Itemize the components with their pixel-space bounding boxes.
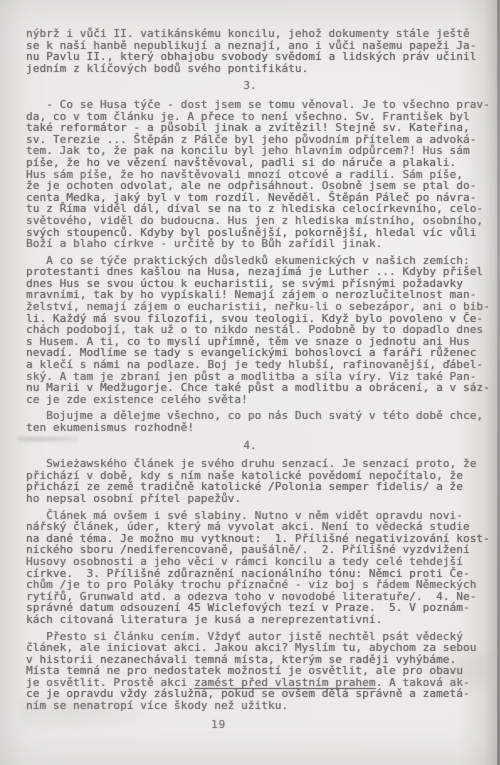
text-line: článek, ale iniciovat akci. Jakou akci? … xyxy=(26,642,494,654)
section-4-paragraph-2: Článek má ovšem i své slabiny. Nutno v n… xyxy=(26,510,494,626)
text-line: píše, že ho ve vězení navštěvoval, padli… xyxy=(26,157,494,169)
section-3-paragraph-3: Bojujme a dělejme všechno, co po nás Duc… xyxy=(26,410,494,433)
text-line: Boží a blaho církve - určitě by to Bůh z… xyxy=(26,238,494,250)
text-line: želství, nemají zájem o eucharistii, neř… xyxy=(26,301,494,313)
text-line: nýbrž i vůči II. vatikánskému koncilu, j… xyxy=(26,28,494,40)
text-line: - Co se Husa týče - dost jsem se tomu vě… xyxy=(26,99,494,111)
paragraph-continued-from-previous-page: nýbrž i vůči II. vatikánskému koncilu, j… xyxy=(26,28,494,74)
text-line: a klečí s námi na podlaze. Boj je tedy h… xyxy=(26,359,494,371)
text-line: ho nepsal osobní přítel papežův. xyxy=(26,493,494,505)
text-line: chům /je to pro Poláky trochu příznačné … xyxy=(26,579,494,591)
section-3-paragraph-1: - Co se Husa týče - dost jsem se tomu vě… xyxy=(26,99,494,250)
text-line: také reformátor - a působil jinak a zvít… xyxy=(26,122,494,134)
text-line: ním se nenatropí více škody než užitku. xyxy=(26,700,494,712)
text-line: Husovy osobnosti a jeho věci v rámci kon… xyxy=(26,556,494,568)
text-line: nářský článek, úder, který má vyvolat ak… xyxy=(26,521,494,533)
scanned-document-page: nýbrž i vůči II. vatikánskému koncilu, j… xyxy=(0,0,500,765)
section-4-heading: 4. xyxy=(26,440,474,452)
text-line: kách citovaná literatura je kusá a nerep… xyxy=(26,614,494,626)
text-line: že je ochoten odvolat, ale ne odpřisáhno… xyxy=(26,180,494,192)
text-line: ten ekumenismus rozhodně! xyxy=(26,422,494,434)
text-line: ce je zde existence celého světa! xyxy=(26,394,494,406)
section-3-paragraph-2: A co se týče praktických důsledků ekumen… xyxy=(26,255,494,406)
page-number: 19 xyxy=(211,718,226,731)
section-3-heading: 3. xyxy=(26,80,474,92)
section-4-paragraph-3: Přesto si článku cením. Vždyť autor jist… xyxy=(26,631,494,712)
text-line: jedním z klíčových bodů svého pontifikát… xyxy=(26,63,494,75)
section-4-paragraph-1: Swieżawského článek je svého druhu senza… xyxy=(26,458,494,504)
text-line: světového, viděl do budoucna. Hus jen z … xyxy=(26,215,494,227)
text-column: nýbrž i vůči II. vatikánskému koncilu, j… xyxy=(26,28,494,717)
